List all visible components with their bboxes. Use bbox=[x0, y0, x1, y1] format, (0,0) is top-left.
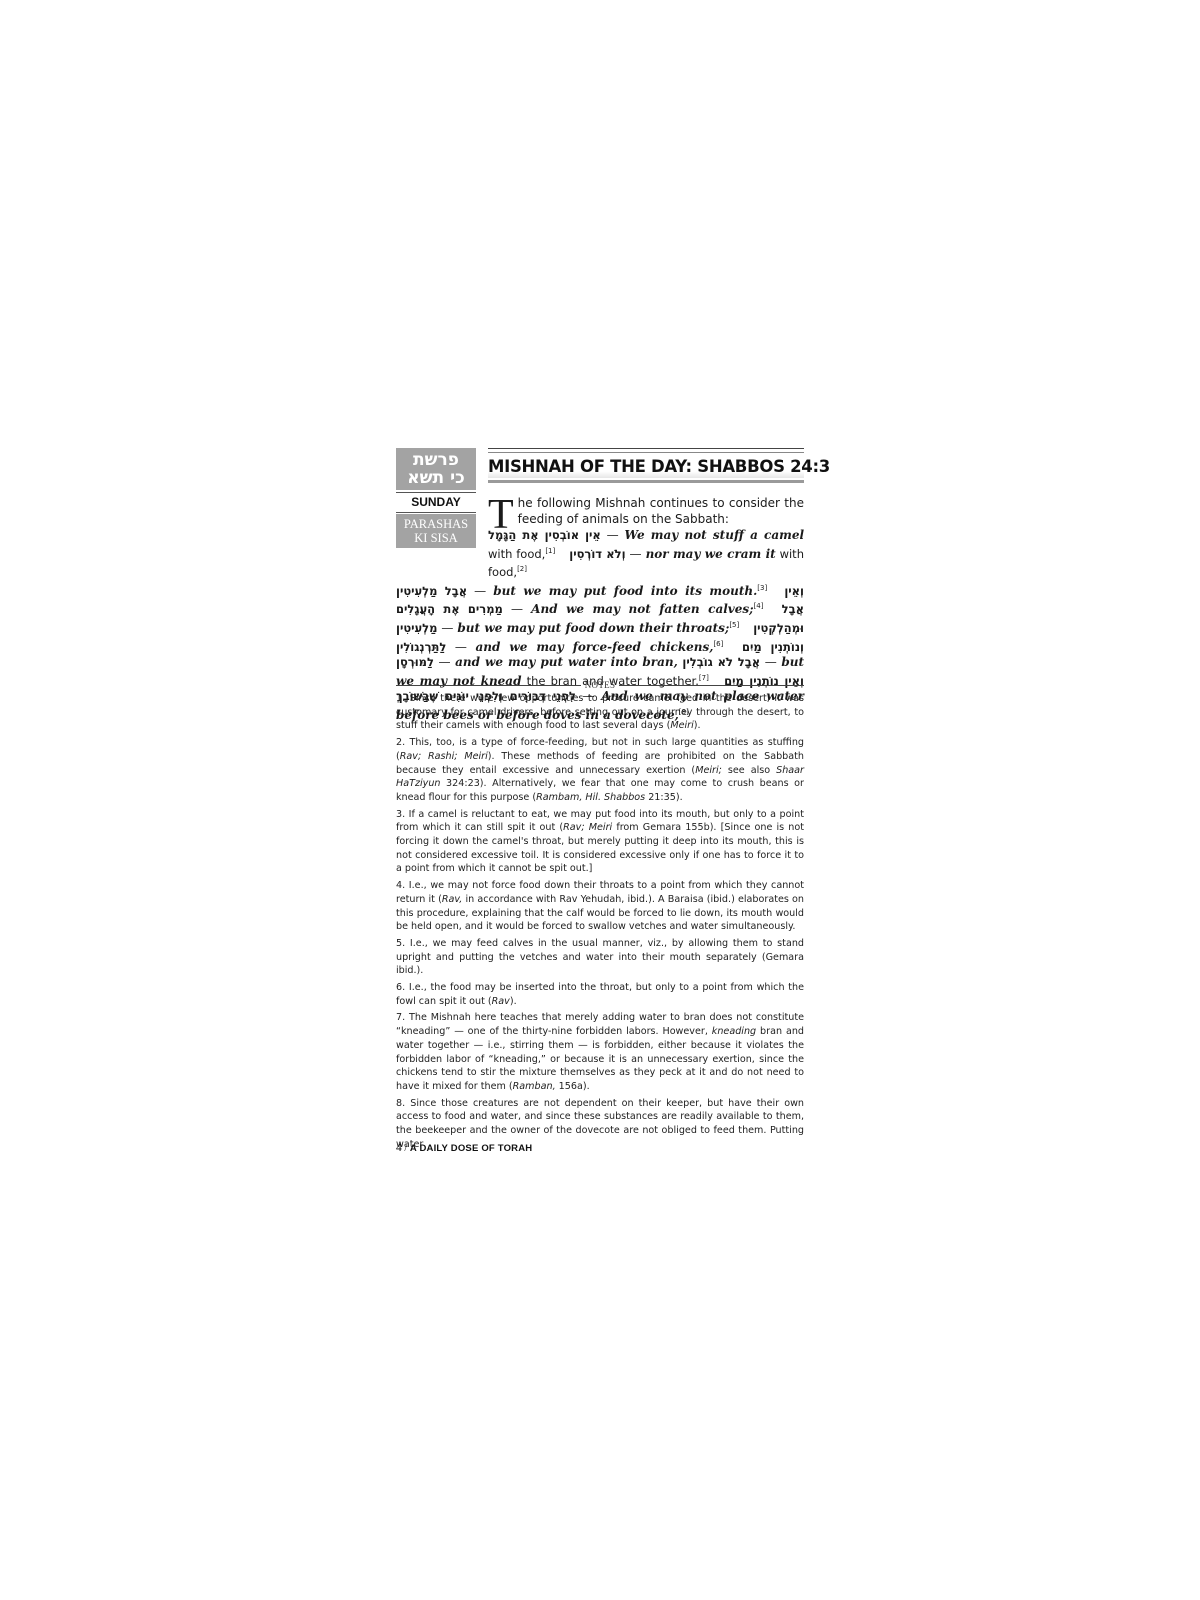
translation-phrase: nor may we cram it bbox=[646, 547, 776, 561]
header-rule-top bbox=[488, 448, 804, 453]
parasha-hebrew-box: פרשת כי תשא bbox=[396, 448, 476, 490]
note-text: see also bbox=[722, 765, 776, 776]
citation: Rav; Meiri bbox=[563, 822, 612, 833]
citation: Rambam, Hil. Shabbos bbox=[536, 792, 645, 803]
dash: — bbox=[467, 584, 493, 598]
citation: Meiri; bbox=[695, 765, 722, 776]
citation: kneading bbox=[712, 1026, 756, 1037]
parasha-hebrew-line2: כי תשא bbox=[396, 469, 476, 487]
note-number: 7. bbox=[396, 1012, 405, 1023]
translation-phrase: We may not stuff a camel bbox=[624, 528, 804, 542]
page-footer: 4 / A DAILY DOSE OF TORAH bbox=[396, 1142, 532, 1154]
dash: — bbox=[626, 547, 646, 561]
note-number: 6. bbox=[396, 982, 405, 993]
note-2: 2. This, too, is a type of force-feeding… bbox=[396, 736, 804, 805]
notes-section: 1. Since there were few opportunities to… bbox=[396, 692, 804, 1155]
note-7: 7. The Mishnah here teaches that merely … bbox=[396, 1011, 804, 1093]
footnote-ref[interactable]: [2] bbox=[517, 565, 527, 573]
divider-line bbox=[619, 685, 804, 686]
note-text: 156a). bbox=[556, 1081, 590, 1092]
dash: — bbox=[446, 640, 475, 654]
intro-text: he following Mishnah continues to consid… bbox=[518, 496, 804, 526]
page-title: MISHNAH OF THE DAY: SHABBOS 24:3 bbox=[488, 456, 804, 478]
footer-separator: / bbox=[402, 1143, 410, 1154]
dash: — bbox=[601, 528, 625, 542]
note-number: 3. bbox=[396, 809, 405, 820]
translation-phrase: and we may put water into bran, bbox=[455, 655, 678, 669]
note-text: Since there were few opportunities to pr… bbox=[396, 693, 804, 731]
dash: — bbox=[503, 602, 531, 616]
note-4: 4. I.e., we may not force food down thei… bbox=[396, 879, 804, 934]
section-header: MISHNAH OF THE DAY: SHABBOS 24:3 bbox=[488, 448, 804, 483]
note-5: 5. I.e., we may feed calves in the usual… bbox=[396, 937, 804, 978]
divider-line bbox=[396, 685, 581, 686]
hebrew-phrase: וְלֹא דוֹרְסִין bbox=[569, 547, 625, 561]
footnote-ref[interactable]: [4] bbox=[754, 602, 764, 610]
hebrew-phrase: אֵין אוֹבְסִין אֶת הַגָּמָל bbox=[488, 528, 601, 542]
note-text: I.e., the food may be inserted into the … bbox=[396, 982, 804, 1007]
footnote-ref[interactable]: [1] bbox=[545, 547, 555, 555]
notes-divider: NOTES bbox=[396, 680, 804, 690]
note-number: 5. bbox=[396, 938, 405, 949]
citation: Meiri bbox=[670, 720, 693, 731]
citation: Rav bbox=[492, 996, 510, 1007]
translation-phrase: and we may force-feed chickens, bbox=[476, 640, 714, 654]
dash: — bbox=[434, 655, 455, 669]
note-1: 1. Since there were few opportunities to… bbox=[396, 692, 804, 733]
note-number: 1. bbox=[396, 693, 405, 704]
note-text: ). bbox=[510, 996, 517, 1007]
intro-paragraph: The following Mishnah continues to consi… bbox=[488, 496, 804, 532]
drop-cap: T bbox=[488, 496, 514, 532]
citation: Rav; Rashi; Meiri bbox=[400, 751, 488, 762]
dash: — bbox=[437, 621, 457, 635]
notes-label: NOTES bbox=[581, 680, 620, 690]
note-number: 4. bbox=[396, 880, 405, 891]
note-number: 2. bbox=[396, 737, 405, 748]
hebrew-phrase: אֲבָל לֹא גוֹבְלִין bbox=[682, 655, 760, 669]
note-text: ). bbox=[694, 720, 701, 731]
citation: Ramban, bbox=[513, 1081, 556, 1092]
translation-phrase: but we may put food down their throats; bbox=[457, 621, 729, 635]
citation: Rav, bbox=[442, 894, 463, 905]
header-rule-bottom bbox=[488, 480, 804, 483]
footnote-ref[interactable]: [3] bbox=[757, 584, 767, 592]
book-title: A DAILY DOSE OF TORAH bbox=[410, 1143, 532, 1154]
hebrew-phrase: אֲבָל מַלְעִיטִין bbox=[396, 584, 467, 598]
dash: — bbox=[760, 655, 781, 669]
translation-phrase: but we may put food into its mouth. bbox=[493, 584, 757, 598]
sidebar-divider bbox=[396, 512, 476, 513]
note-3: 3. If a camel is reluctant to eat, we ma… bbox=[396, 808, 804, 877]
footnote-ref[interactable]: [6] bbox=[713, 640, 723, 648]
note-number: 8. bbox=[396, 1098, 405, 1109]
day-label: SUNDAY bbox=[396, 493, 476, 510]
note-text: 21:35). bbox=[645, 792, 683, 803]
footnote-ref[interactable]: [5] bbox=[729, 621, 739, 629]
mishnah-indented-block: אֵין אוֹבְסִין אֶת הַגָּמָל — We may not… bbox=[396, 528, 804, 581]
plain-text: with food, bbox=[488, 547, 545, 561]
note-6: 6. I.e., the food may be inserted into t… bbox=[396, 981, 804, 1008]
note-text: I.e., we may feed calves in the usual ma… bbox=[396, 938, 804, 976]
translation-phrase: And we may not fatten calves; bbox=[531, 602, 753, 616]
parasha-hebrew-line1: פרשת bbox=[396, 451, 476, 469]
